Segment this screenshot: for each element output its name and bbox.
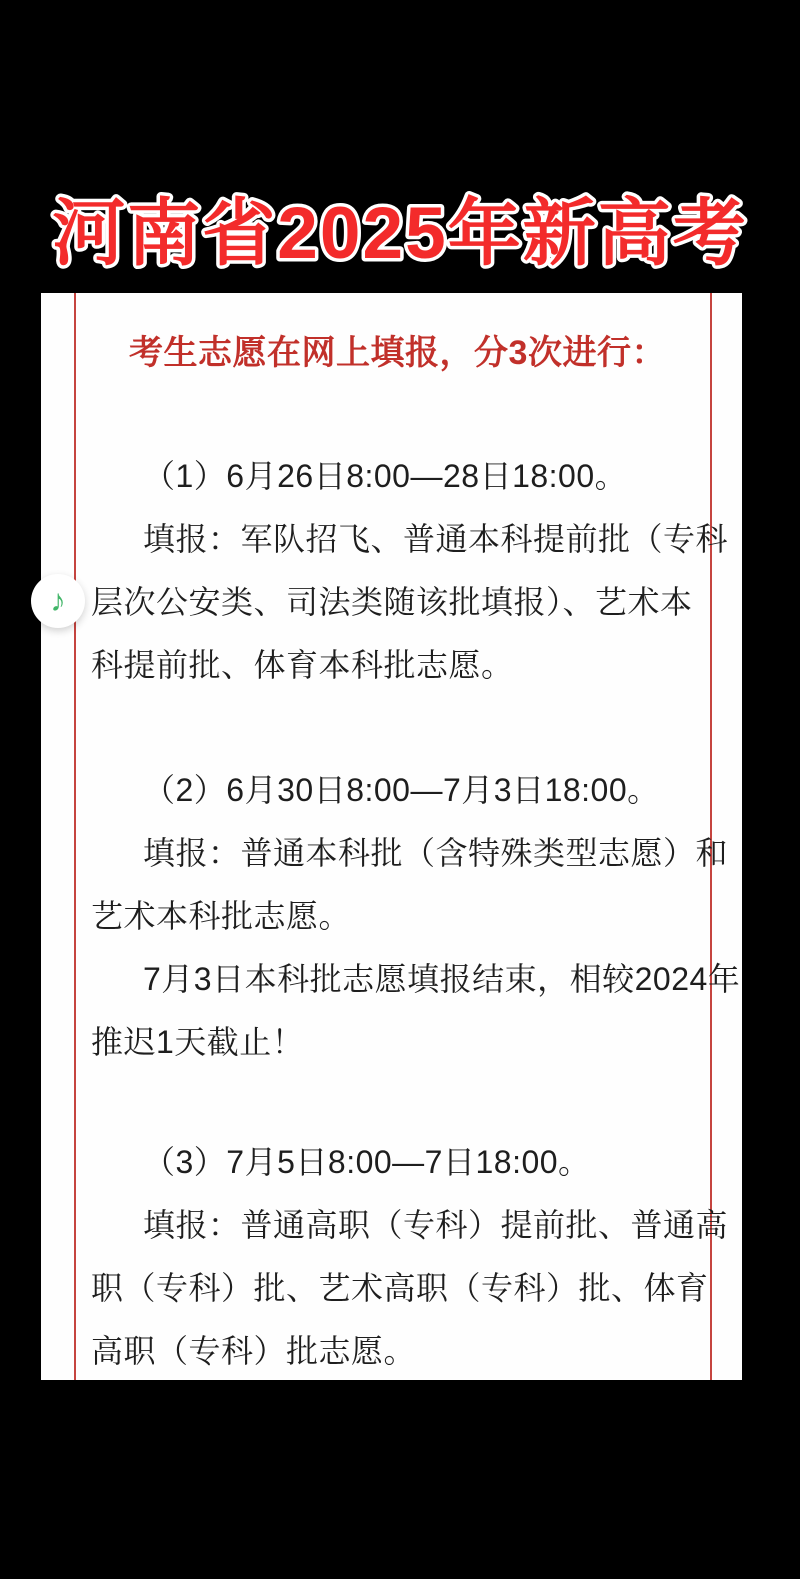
content-card: 考生志愿在网上填报，分3次进行： （1）6月26日8:00—28日18:00。 …: [41, 293, 742, 1380]
poster-stage: 河南省2025年新高考 考生志愿在网上填报，分3次进行： （1）6月26日8:0…: [0, 0, 800, 1579]
section1-body-line1: 填报：军队招飞、普通本科提前批（专科: [91, 508, 704, 571]
section3-body-line1: 填报：普通高职（专科）提前批、普通高: [91, 1194, 704, 1257]
section2-body-line2: 艺术本科批志愿。: [91, 885, 704, 948]
section2-note-line2: 推迟1天截止！: [91, 1011, 704, 1074]
schedule-section-batch-1: （1）6月26日8:00—28日18:00。 填报：军队招飞、普通本科提前批（专…: [91, 445, 704, 697]
section2-note-line1: 7月3日本科批志愿填报结束，相较2024年: [91, 948, 704, 1011]
music-widget-button[interactable]: ♪: [31, 574, 85, 628]
schedule-section-batch-2: （2）6月30日8:00—7月3日18:00。 填报：普通本科批（含特殊类型志愿…: [91, 759, 704, 1074]
section2-body-line1: 填报：普通本科批（含特殊类型志愿）和: [91, 822, 704, 885]
section3-body-line2: 职（专科）批、艺术高职（专科）批、体育: [91, 1257, 704, 1320]
section1-time-line: （1）6月26日8:00—28日18:00。: [91, 445, 704, 508]
page-title: 河南省2025年新高考: [0, 172, 800, 282]
left-accent-line: [74, 293, 76, 1380]
section3-time-line: （3）7月5日8:00—7日18:00。: [91, 1131, 704, 1194]
section2-time-line: （2）6月30日8:00—7月3日18:00。: [91, 759, 704, 822]
section3-body-line3: 高职（专科）批志愿。: [91, 1320, 704, 1383]
music-note-icon: ♪: [50, 585, 66, 616]
schedule-section-batch-3: （3）7月5日8:00—7日18:00。 填报：普通高职（专科）提前批、普通高 …: [91, 1131, 704, 1383]
section1-body-line3: 科提前批、体育本科批志愿。: [91, 634, 704, 697]
section1-body-line2: 层次公安类、司法类随该批填报）、艺术本: [91, 571, 704, 634]
card-heading: 考生志愿在网上填报，分3次进行：: [91, 293, 704, 377]
card-content: 考生志愿在网上填报，分3次进行： （1）6月26日8:00—28日18:00。 …: [91, 293, 704, 1383]
page-title-text: 河南省2025年新高考: [52, 193, 747, 274]
